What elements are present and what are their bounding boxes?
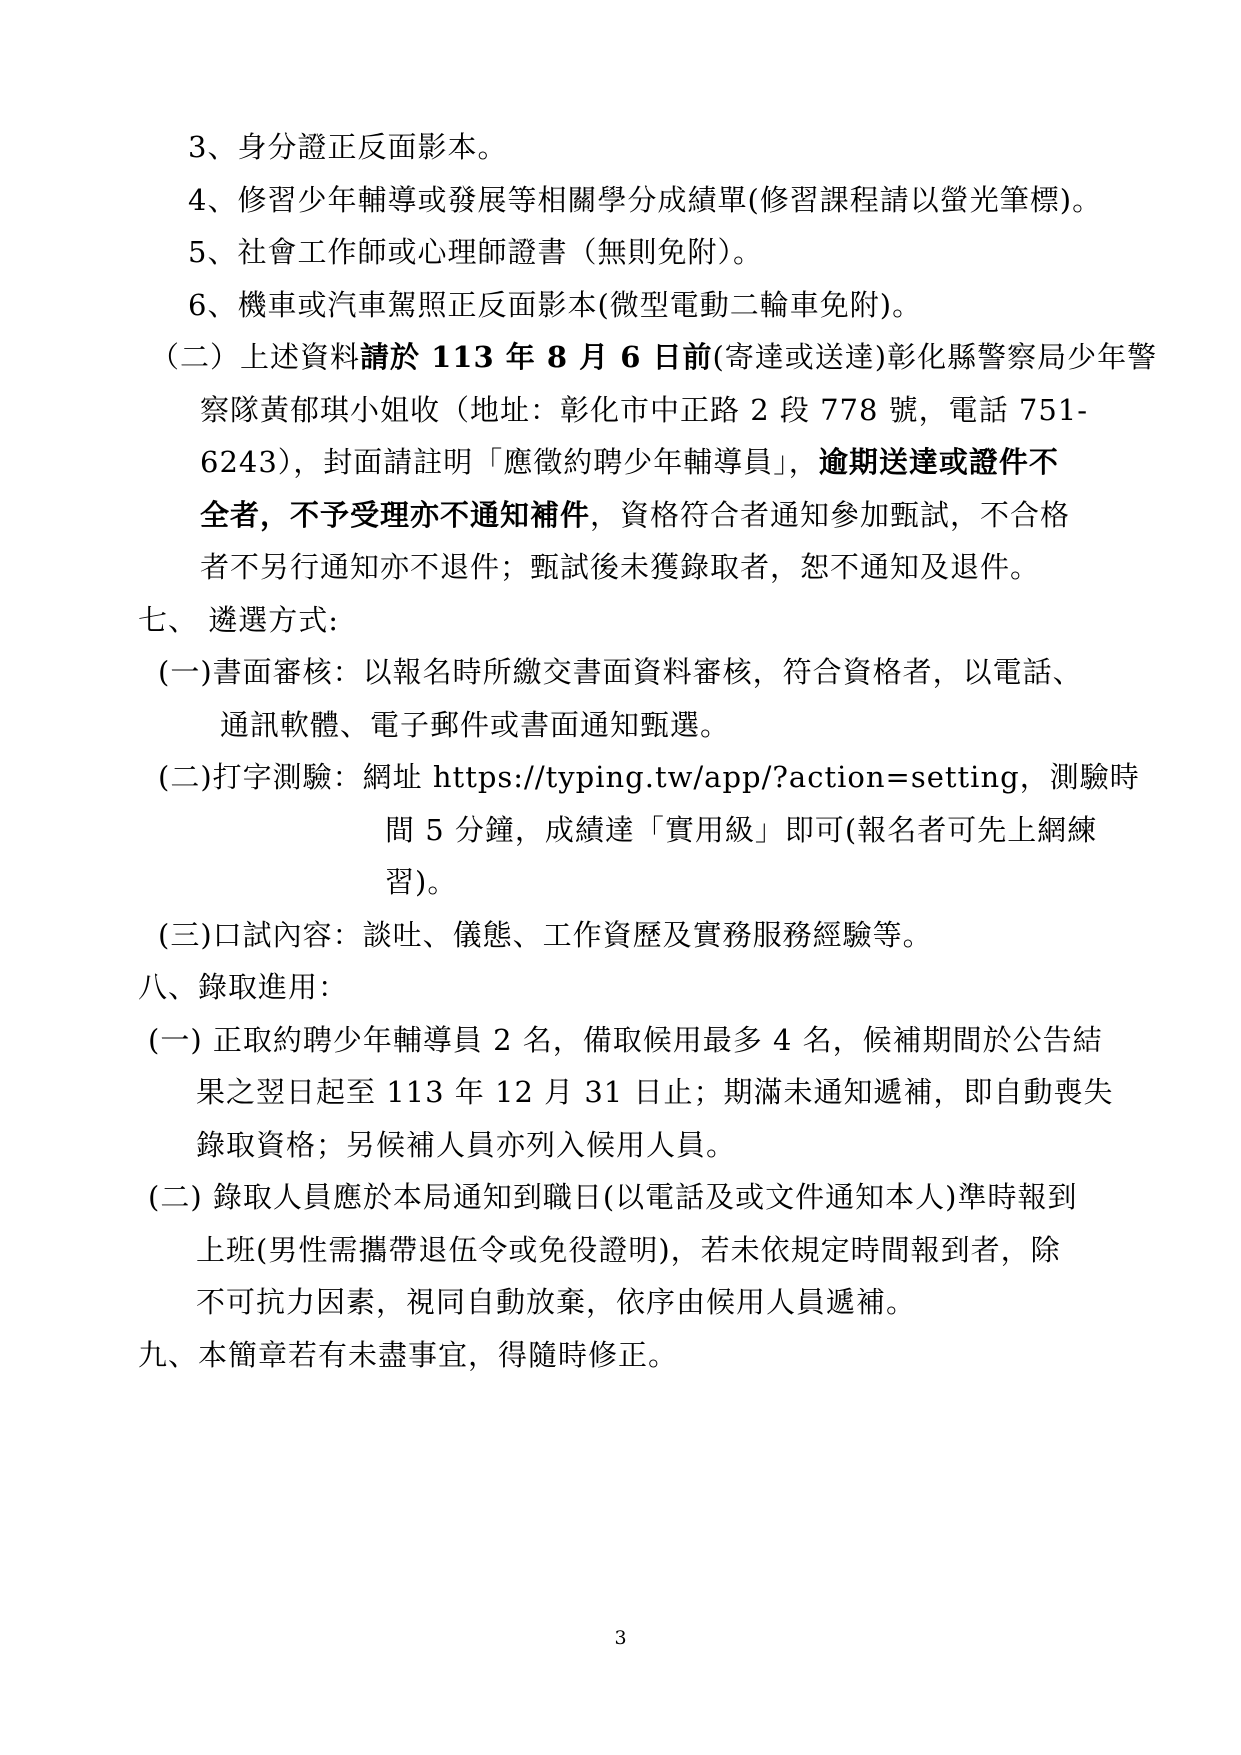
document-line: 習)。 [385,856,1241,909]
text-run: 5、社會工作師或心理師證書（無則免附）。 [188,235,763,269]
text-run: 6243），封面請註明「應徵約聘少年輔導員」， [200,445,819,479]
text-run: 果之翌日起至 113 年 12 月 31 日止；期滿未通知遞補，即自動喪失 [196,1075,1113,1109]
document-page: 3、身分證正反面影本。4、修習少年輔導或發展等相關學分成績單(修習課程請以螢光筆… [0,0,1241,1755]
text-run: (二)打字測驗：網址 [158,760,433,794]
document-line: 間 5 分鐘，成績達「實用級」即可(報名者可先上網練 [385,804,1241,857]
document-body: 3、身分證正反面影本。4、修習少年輔導或發展等相關學分成績單(修習課程請以螢光筆… [0,121,1241,1381]
document-line: (二) 錄取人員應於本局通知到職日(以電話及或文件通知本人)準時報到 [148,1171,1241,1224]
text-run: 察隊黃郁琪小姐收（地址：彰化市中正路 2 段 778 號，電話 751- [200,393,1088,427]
document-line: 果之翌日起至 113 年 12 月 31 日止；期滿未通知遞補，即自動喪失 [196,1066,1241,1119]
document-line: （二）上述資料請於 113 年 8 月 6 日前(寄達或送達)彰化縣警察局少年警 [150,331,1241,384]
document-line: 通訊軟體、電子郵件或書面通知甄選。 [220,699,1241,752]
text-run: 習)。 [385,865,457,899]
document-line: (一)書面審核：以報名時所繳交書面資料審核，符合資格者，以電話、 [158,646,1241,699]
document-line: 4、修習少年輔導或發展等相關學分成績單(修習課程請以螢光筆標)。 [188,174,1241,227]
document-line: 九、本簡章若有未盡事宜，得隨時修正。 [138,1329,1241,1382]
document-line: 察隊黃郁琪小姐收（地址：彰化市中正路 2 段 778 號，電話 751- [200,384,1241,437]
document-line: 不可抗力因素，視同自動放棄，依序由候用人員遞補。 [196,1276,1241,1329]
text-run: 6、機車或汽車駕照正反面影本(微型電動二輪車免附)。 [188,288,922,322]
text-run: 九、本簡章若有未盡事宜，得隨時修正。 [138,1338,678,1372]
text-run: (三)口試內容：談吐、儀態、工作資歷及實務服務經驗等。 [158,918,933,952]
text-run: (一)書面審核：以報名時所繳交書面資料審核，符合資格者，以電話、 [158,655,1083,689]
text-run: (寄達或送達)彰化縣警察局少年警 [712,340,1157,374]
document-line: (一) 正取約聘少年輔導員 2 名，備取候用最多 4 名，候補期間於公告結 [148,1014,1241,1067]
text-run: 不可抗力因素，視同自動放棄，依序由候用人員遞補。 [196,1285,916,1319]
text-run: (二) 錄取人員應於本局通知到職日(以電話及或文件通知本人)準時報到 [148,1180,1077,1214]
document-line: (三)口試內容：談吐、儀態、工作資歷及實務服務經驗等。 [158,909,1241,962]
text-run: 請於 113 年 8 月 6 日前 [360,340,712,374]
document-line: 錄取資格；另候補人員亦列入候用人員。 [196,1119,1241,1172]
text-run: 逾期送達或證件不 [819,445,1059,479]
text-run: （二）上述資料 [150,340,360,374]
document-line: 八、錄取進用： [138,961,1241,1014]
text-run: 上班(男性需攜帶退伍令或免役證明)，若未依規定時間報到者，除 [196,1233,1061,1267]
document-line: (二)打字測驗：網址 https://typing.tw/app/?action… [158,751,1241,804]
text-run: 通訊軟體、電子郵件或書面通知甄選。 [220,708,730,742]
document-line: 七、 遴選方式: [138,594,1241,647]
text-run: 者不另行通知亦不退件；甄試後未獲錄取者，恕不通知及退件。 [200,550,1040,584]
document-line: 5、社會工作師或心理師證書（無則免附）。 [188,226,1241,279]
document-line: 3、身分證正反面影本。 [188,121,1241,174]
text-run: 4、修習少年輔導或發展等相關學分成績單(修習課程請以螢光筆標)。 [188,183,1102,217]
text-run: 全者，不予受理亦不通知補件 [200,498,590,532]
document-line: 6、機車或汽車駕照正反面影本(微型電動二輪車免附)。 [188,279,1241,332]
text-run: ，資格符合者通知參加甄試，不合格 [590,498,1070,532]
document-line: 上班(男性需攜帶退伍令或免役證明)，若未依規定時間報到者，除 [196,1224,1241,1277]
text-run: ，測驗時 [1020,760,1140,794]
text-run: 七、 遴選方式: [138,603,339,637]
text-run: (一) 正取約聘少年輔導員 2 名，備取候用最多 4 名，候補期間於公告結 [148,1023,1103,1057]
page-number: 3 [0,1626,1241,1650]
document-line: 者不另行通知亦不退件；甄試後未獲錄取者，恕不通知及退件。 [200,541,1241,594]
text-run: 八、錄取進用： [138,970,348,1004]
document-line: 6243），封面請註明「應徵約聘少年輔導員」，逾期送達或證件不 [200,436,1241,489]
text-run: 錄取資格；另候補人員亦列入候用人員。 [196,1128,736,1162]
typing-test-url: https://typing.tw/app/?action=setting [433,760,1020,794]
text-run: 間 5 分鐘，成績達「實用級」即可(報名者可先上網練 [385,813,1097,847]
text-run: 3、身分證正反面影本。 [188,130,507,164]
document-line: 全者，不予受理亦不通知補件，資格符合者通知參加甄試，不合格 [200,489,1241,542]
